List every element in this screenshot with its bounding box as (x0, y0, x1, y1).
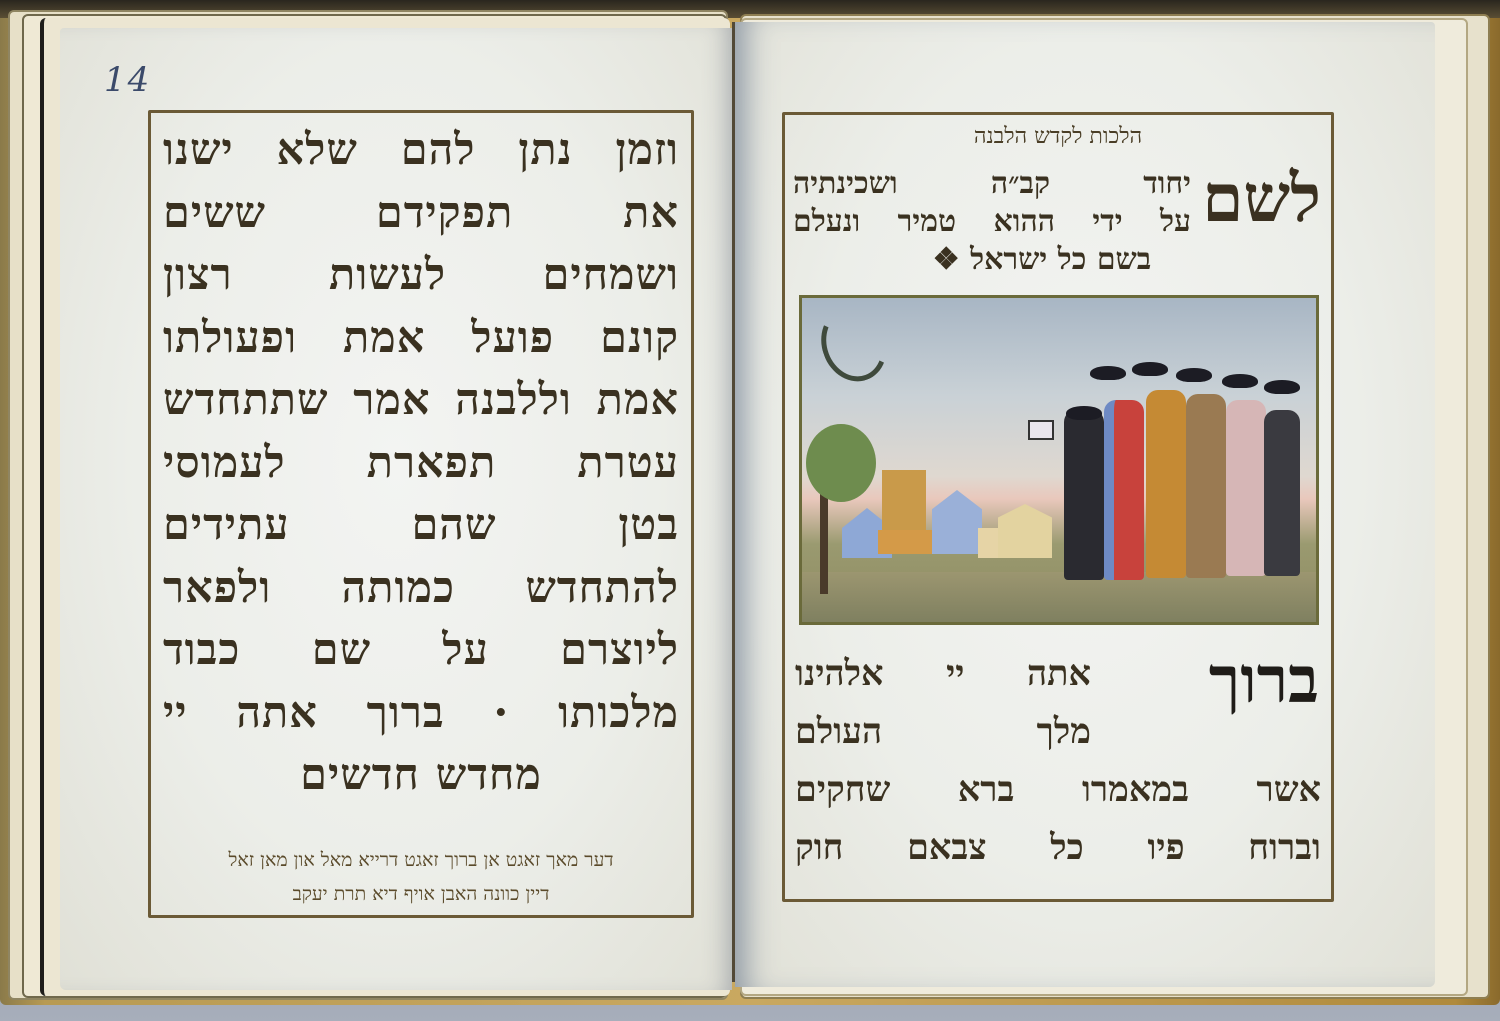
text-line: בשם כל ישראל ❖ (793, 241, 1291, 279)
book-gutter (732, 22, 735, 982)
page-number: 14 (104, 60, 151, 100)
hat-icon (1222, 374, 1258, 388)
left-main-text: וזמן נתן להם שלא ישנו את תפקידם ששים ושמ… (163, 119, 679, 807)
text-line: ליוצרם על שם כבוד (163, 619, 679, 682)
blessing-text: אתה יי אלהינו מלך העולם אשר במאמרו ברא ש… (795, 645, 1321, 877)
text-line: עטרת תפארת לעמוסי (163, 432, 679, 495)
hat-icon (1176, 368, 1212, 382)
text-line: את תפקידם ששים (163, 182, 679, 245)
text-line: אשר במאמרו ברא שחקים (795, 761, 1321, 819)
figure (1186, 394, 1226, 578)
book-photo: 14 וזמן נתן להם שלא ישנו את תפקידם ששים … (0, 0, 1500, 1021)
text-line: מלכותו · ברוך אתה יי (163, 682, 679, 745)
text-line: בטן שהם עתידים (163, 494, 679, 557)
crescent-moon-icon (811, 297, 897, 390)
yiddish-instruction: דער מאך זאגט אן ברוך זאגט דרייא מאל און … (167, 843, 675, 911)
text-line: על ידי ההוא טמיר ונעלם (793, 203, 1191, 241)
text-line: אמת וללבנה אמר שתתחדש (163, 369, 679, 432)
text-line: ושמחים לעשות רצון (163, 244, 679, 307)
crowd-of-men (1050, 360, 1318, 590)
intro-text: יחוד קב״ה ושכינתיה על ידי ההוא טמיר ונעל… (793, 165, 1191, 279)
hat-icon (1264, 380, 1300, 394)
figure (1226, 400, 1266, 576)
kiddush-levanah-illustration (799, 295, 1319, 625)
hat-icon (1066, 406, 1102, 420)
section-heading: הלכות לקדש הלבנה (785, 123, 1331, 149)
instruction-line: דיין כוונה האבן אויף דיא תרת יעקב (167, 877, 675, 911)
text-line: אתה יי אלהינו (795, 645, 1091, 703)
opening-word: לשם (1202, 159, 1321, 238)
building-icon (878, 530, 932, 554)
tree-icon (820, 494, 828, 594)
leader-figure (1064, 410, 1104, 580)
text-line: וברוח פיו כל צבאם חוק (795, 819, 1321, 877)
right-text-frame: הלכות לקדש הלבנה לשם יחוד קב״ה ושכינתיה … (782, 112, 1334, 902)
text-line: קונם פועל אמת ופעולתו (163, 307, 679, 370)
text-line: מחדש חדשים (163, 744, 679, 807)
left-text-frame: וזמן נתן להם שלא ישנו את תפקידם ששים ושמ… (148, 110, 694, 918)
building-icon (932, 490, 982, 554)
figure (1146, 390, 1186, 578)
hat-icon (1132, 362, 1168, 376)
text-line: להתחדש כמותה ולפאר (163, 557, 679, 620)
text-line: יחוד קב״ה ושכינתיה (793, 165, 1191, 203)
hat-icon (1090, 366, 1126, 380)
instruction-line: דער מאך זאגט אן ברוך זאגט דרייא מאל און … (167, 843, 675, 877)
prayer-book-icon (1028, 420, 1054, 440)
figure (1264, 410, 1300, 576)
building-icon (998, 504, 1052, 558)
text-line: מלך העולם (795, 703, 1091, 761)
tree-icon (806, 424, 876, 502)
figure (1104, 400, 1144, 580)
text-line: וזמן נתן להם שלא ישנו (163, 119, 679, 182)
